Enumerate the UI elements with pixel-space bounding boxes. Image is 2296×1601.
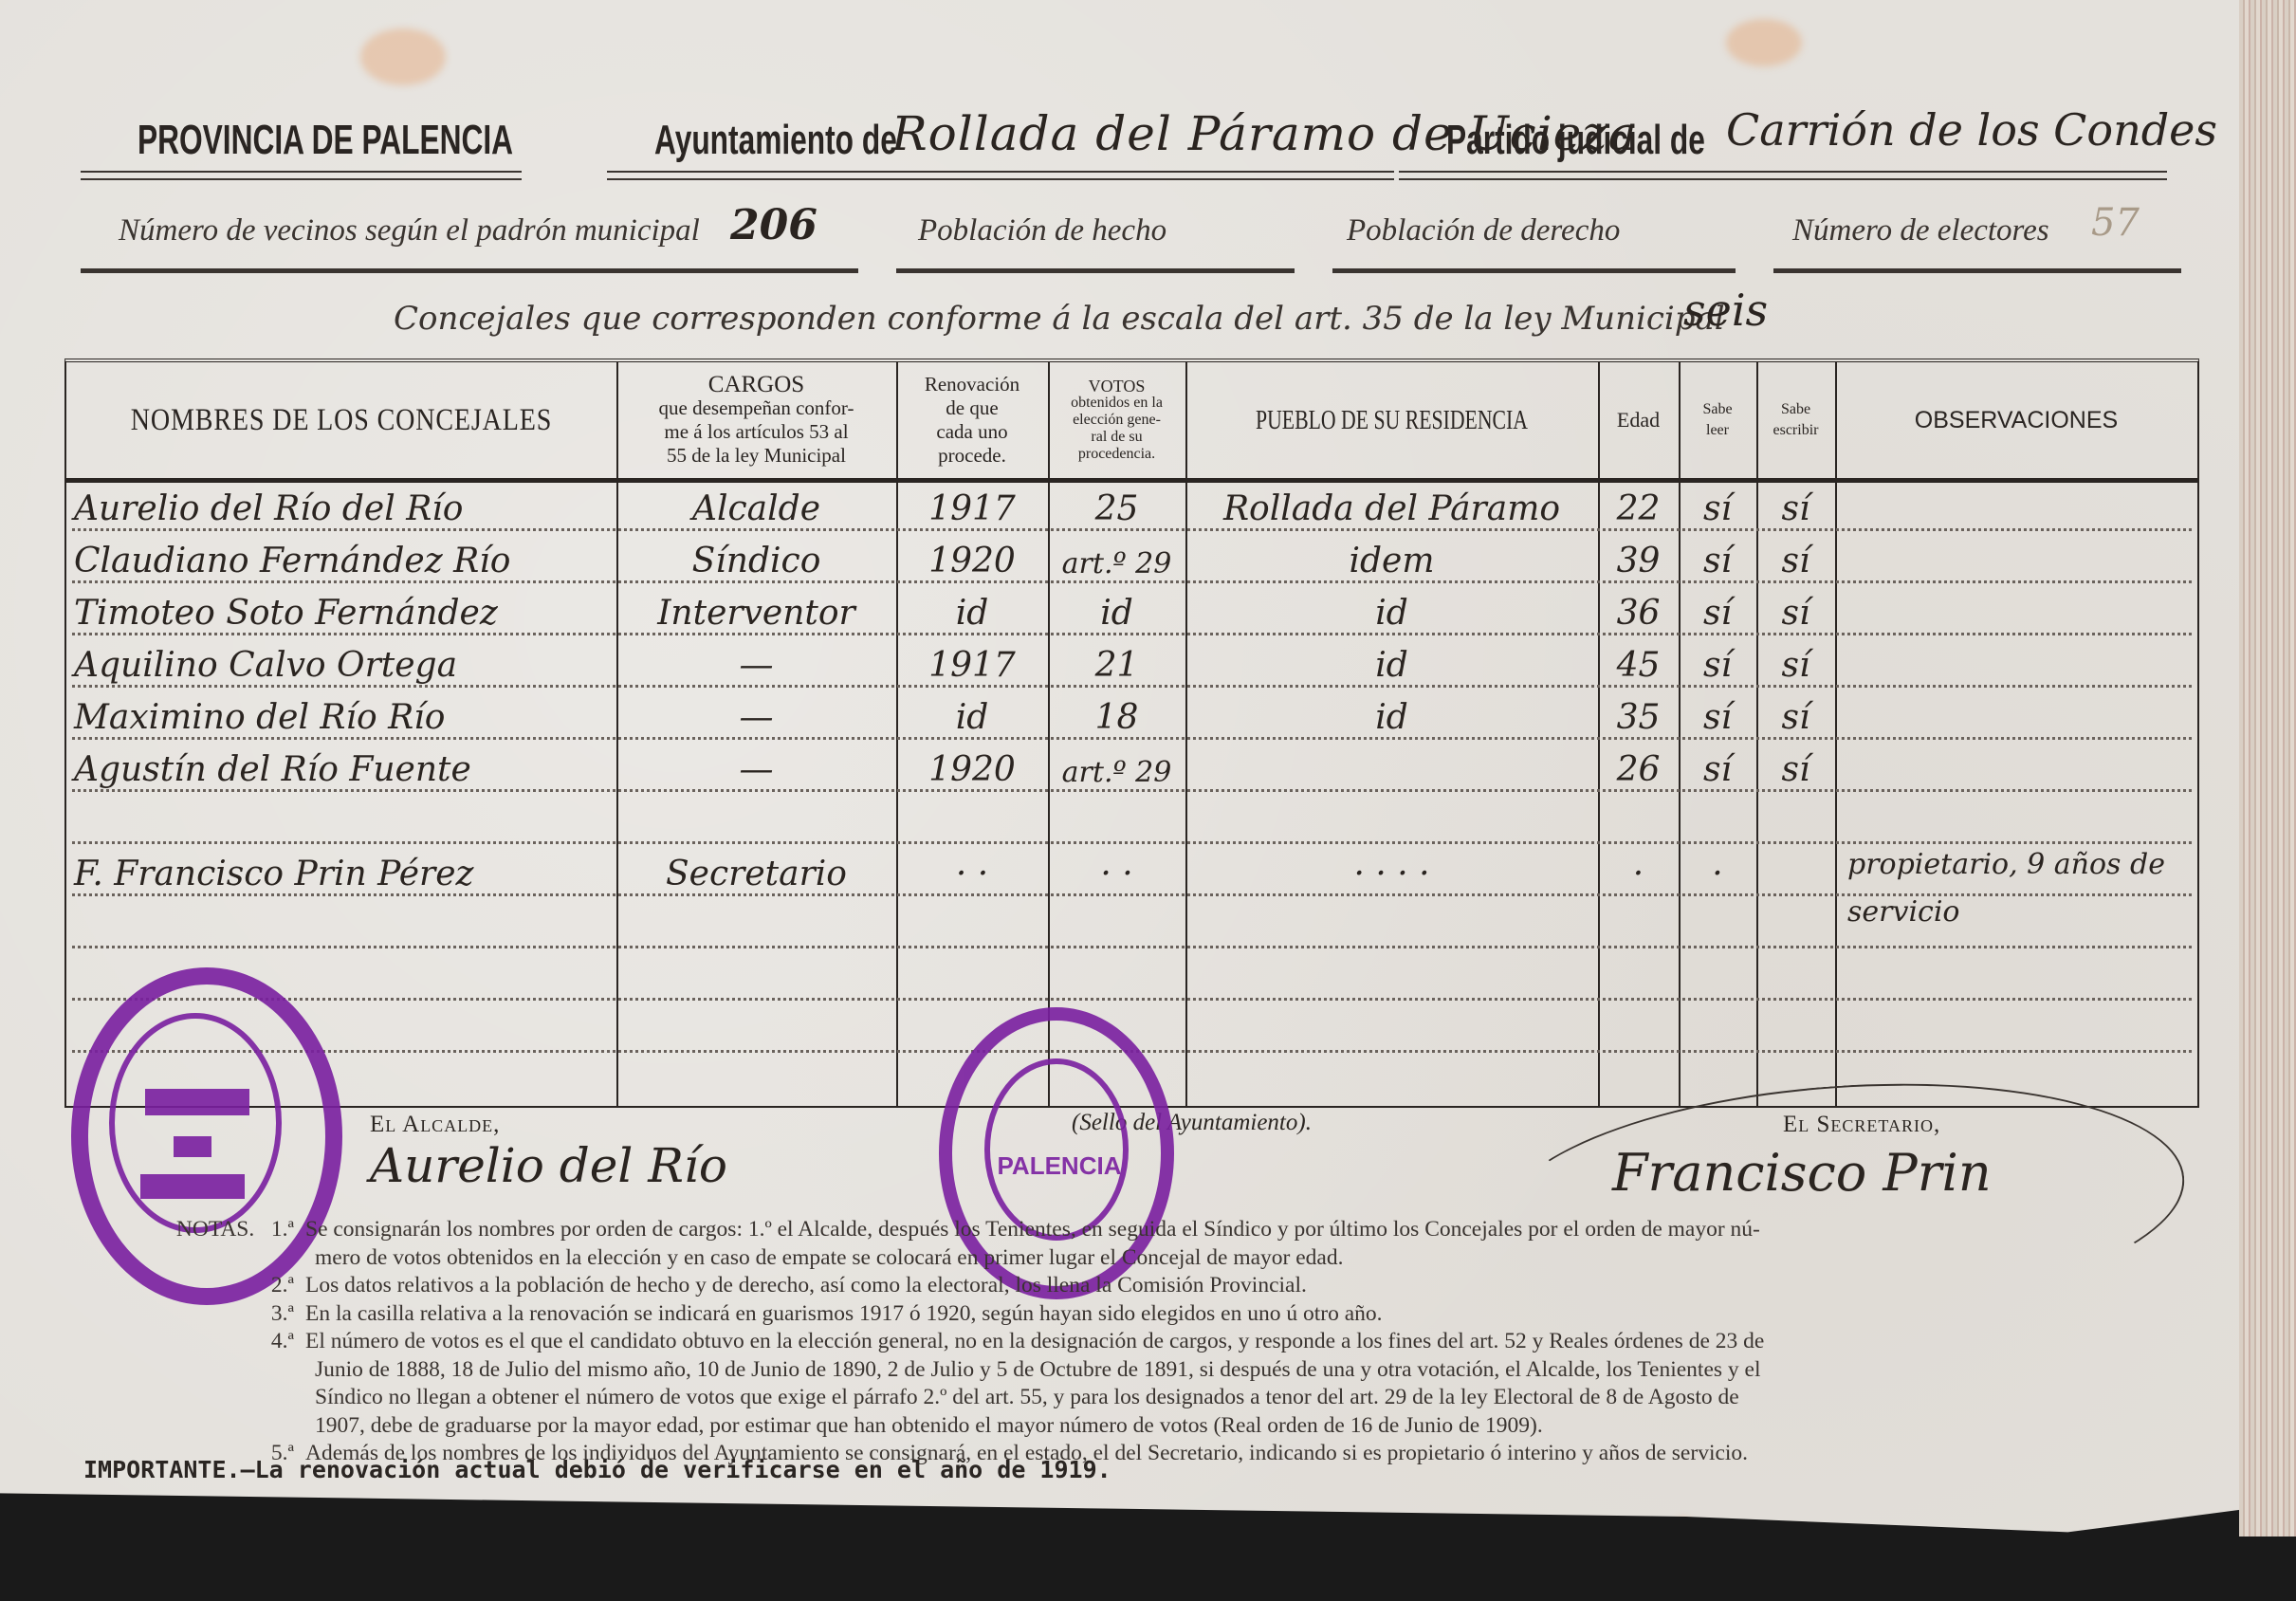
header-votos-line: obtenidos en la	[1071, 395, 1163, 412]
cell-escribir: sí	[1756, 637, 1835, 685]
note-line: El número de votos es el que el candidat…	[305, 1328, 1764, 1356]
cell-pueblo	[1185, 742, 1598, 789]
row-line	[72, 946, 2192, 948]
important-notice: IMPORTANTE.—La renovación actual debió d…	[83, 1456, 1111, 1483]
header-renov-line: de que	[946, 396, 998, 420]
header-nombres: NOMBRES DE LOS CONCEJALES	[108, 362, 576, 478]
note-num: 2.ª	[95, 1272, 305, 1300]
cell-leer: sí	[1679, 637, 1756, 685]
header-renov-line: cada uno	[936, 420, 1007, 444]
note-num: 3.ª	[95, 1300, 305, 1329]
note-4: 4.ªEl número de votos es el que el candi…	[95, 1328, 2200, 1356]
cell-renovacion: · ·	[896, 846, 1048, 893]
note-line: En la casilla relativa a la renovación s…	[305, 1300, 1383, 1329]
cell-pueblo: id	[1185, 690, 1598, 737]
cell-cargo: Interventor	[616, 585, 896, 633]
province-heading: PROVINCIA DE PALENCIA	[138, 117, 513, 164]
header-renovacion: Renovación de que cada uno procede.	[896, 362, 1048, 478]
book-page-edges	[2239, 0, 2296, 1537]
header-escribir-line: escribir	[1773, 420, 1819, 441]
concejales-table: NOMBRES DE LOS CONCEJALES CARGOS que des…	[64, 359, 2199, 1108]
cell-nombre: Agustín del Río Fuente	[66, 742, 619, 789]
divider	[81, 171, 522, 180]
rust-stain	[360, 28, 446, 85]
stamp-inner-ring	[109, 1013, 282, 1233]
alcalde-signature: Aurelio del Río	[370, 1138, 727, 1193]
cell-leer: sí	[1679, 481, 1756, 528]
note-1: NOTAS. 1.ª Se consignarán los nombres po…	[95, 1216, 2200, 1244]
cell-escribir: sí	[1756, 742, 1835, 789]
note-num: 1.ª	[271, 1217, 294, 1242]
cell-pueblo: · · · ·	[1185, 846, 1598, 893]
partido-label: Partido judicial de	[1446, 117, 1705, 164]
rust-stain	[536, 1518, 574, 1601]
note-line: 1907, debe de graduarse por la mayor eda…	[95, 1412, 2200, 1441]
header-leer-line: Sabe	[1702, 399, 1732, 420]
row-line	[72, 528, 2192, 531]
header-renov-line: Renovación	[925, 373, 1019, 396]
row-line	[72, 633, 2192, 635]
cell-observaciones: propietario, 9 años de servicio	[1840, 841, 2198, 946]
cell-edad: 35	[1598, 690, 1679, 737]
concejales-value: seis	[1683, 285, 1768, 336]
note-line: mero de votos obtenidos en la elección y…	[95, 1244, 2200, 1273]
header-edad: Edad	[1598, 362, 1679, 478]
electores-label: Número de electores	[1792, 213, 2049, 248]
cell-votos: 21	[1048, 637, 1185, 685]
cell-renovacion: 1920	[896, 533, 1048, 580]
row-line	[72, 998, 2192, 1001]
cell-pueblo: id	[1185, 585, 1598, 633]
header-cargos-line: me á los artículos 53 al	[664, 420, 848, 444]
notes-section: NOTAS. 1.ª Se consignarán los nombres po…	[95, 1216, 2200, 1468]
cell-leer: sí	[1679, 690, 1756, 737]
partido-value: Carrión de los Condes	[1726, 104, 2217, 156]
cell-nombre: F. Francisco Prin Pérez	[66, 846, 619, 893]
note-number: NOTAS. 1.ª	[95, 1216, 305, 1244]
header-votos: VOTOS obtenidos en la elección gene- ral…	[1048, 362, 1185, 478]
poblacion-derecho-label: Población de derecho	[1347, 213, 1620, 248]
row-line	[72, 580, 2192, 583]
header-sabe-leer: Sabe leer	[1679, 362, 1756, 478]
cell-edad: 39	[1598, 533, 1679, 580]
cell-cargo: —	[616, 742, 896, 789]
cell-pueblo: idem	[1185, 533, 1598, 580]
cell-cargo: Síndico	[616, 533, 896, 580]
cell-votos: 25	[1048, 481, 1185, 528]
electores-value: 57	[2091, 201, 2140, 245]
rust-stain	[1726, 19, 1802, 66]
cell-votos: art.º 29	[1048, 742, 1185, 789]
cell-escribir: sí	[1756, 585, 1835, 633]
header-sabe-escribir: Sabe escribir	[1756, 362, 1835, 478]
header-votos-line: ral de su	[1091, 429, 1142, 446]
stamp-bar	[140, 1174, 245, 1199]
vecinos-label: Número de vecinos según el padrón munici…	[119, 213, 700, 248]
cell-escribir: sí	[1756, 481, 1835, 528]
cell-renovacion: 1920	[896, 742, 1048, 789]
cell-pueblo: Rollada del Páramo	[1185, 481, 1598, 528]
divider	[1773, 268, 2181, 273]
note-line: Los datos relativos a la población de he…	[305, 1272, 1307, 1300]
cell-votos: 18	[1048, 690, 1185, 737]
note-line: Se consignarán los nombres por orden de …	[305, 1216, 1760, 1244]
alcalde-label: El Alcalde,	[370, 1112, 500, 1138]
header-escribir-line: Sabe	[1781, 399, 1810, 420]
cell-leer: sí	[1679, 742, 1756, 789]
cell-pueblo: id	[1185, 637, 1598, 685]
cell-edad: 26	[1598, 742, 1679, 789]
poblacion-hecho-label: Población de hecho	[918, 213, 1166, 248]
note-2: 2.ªLos datos relativos a la población de…	[95, 1272, 2200, 1300]
row-line	[72, 737, 2192, 740]
header-votos-line: elección gene-	[1073, 412, 1161, 429]
cell-votos: id	[1048, 585, 1185, 633]
note-num: 4.ª	[95, 1328, 305, 1356]
header-cargos-line: 55 de la ley Municipal	[667, 444, 846, 468]
divider	[81, 268, 858, 273]
note-3: 3.ªEn la casilla relativa a la renovació…	[95, 1300, 2200, 1329]
cell-leer: sí	[1679, 585, 1756, 633]
divider	[896, 268, 1295, 273]
header-votos-line: VOTOS	[1089, 377, 1146, 395]
cell-cargo: Alcalde	[616, 481, 896, 528]
cell-edad: ·	[1598, 846, 1679, 893]
concejales-label: Concejales que corresponden conforme á l…	[394, 300, 1725, 338]
cell-leer: ·	[1679, 846, 1756, 893]
cell-edad: 36	[1598, 585, 1679, 633]
header-cargos-line: que desempeñan confor-	[659, 396, 854, 420]
cell-nombre: Timoteo Soto Fernández	[66, 585, 619, 633]
divider	[607, 171, 1394, 180]
cell-renovacion: id	[896, 585, 1048, 633]
stamp-bar	[145, 1089, 249, 1115]
cell-nombre: Maximino del Río Río	[66, 690, 619, 737]
header-leer-line: leer	[1706, 420, 1729, 441]
cell-votos: · ·	[1048, 846, 1185, 893]
cell-nombre: Aquilino Calvo Ortega	[66, 637, 619, 685]
cell-escribir: sí	[1756, 533, 1835, 580]
rust-stain	[1669, 1518, 1698, 1593]
document-page: PROVINCIA DE PALENCIA Ayuntamiento de Ro…	[0, 0, 2248, 1555]
note-line: Junio de 1888, 18 de Julio del mismo año…	[95, 1356, 2200, 1385]
cell-renovacion: 1917	[896, 481, 1048, 528]
notes-label: NOTAS.	[176, 1217, 254, 1242]
vecinos-value: 206	[730, 201, 817, 249]
stamp-bar	[174, 1136, 211, 1157]
cell-edad: 45	[1598, 637, 1679, 685]
row-line	[72, 789, 2192, 792]
divider	[1332, 268, 1736, 273]
cell-nombre: Claudiano Fernández Río	[66, 533, 619, 580]
cell-edad: 22	[1598, 481, 1679, 528]
header-pueblo: PUEBLO DE SU RESIDENCIA	[1237, 362, 1546, 478]
cell-leer: sí	[1679, 533, 1756, 580]
cell-cargo: —	[616, 690, 896, 737]
header-votos-line: procedencia.	[1078, 446, 1155, 463]
stamp-inner-ring	[984, 1058, 1129, 1241]
cell-renovacion: 1917	[896, 637, 1048, 685]
cell-cargo: Secretario	[616, 846, 896, 893]
row-line	[72, 685, 2192, 688]
stamp-city: PALENCIA	[988, 1151, 1130, 1181]
header-cargos: CARGOS que desempeñan confor- me á los a…	[616, 362, 896, 478]
ayuntamiento-label: Ayuntamiento de	[654, 117, 897, 164]
header-observaciones: OBSERVACIONES	[1835, 362, 2197, 478]
header-renov-line: procede.	[938, 444, 1006, 468]
cell-nombre: Aurelio del Río del Río	[66, 481, 619, 528]
header-cargos-title: CARGOS	[708, 373, 804, 396]
cell-renovacion: id	[896, 690, 1048, 737]
cell-votos: art.º 29	[1048, 533, 1185, 580]
divider	[1399, 171, 2167, 180]
cell-escribir: sí	[1756, 690, 1835, 737]
note-line: Síndico no llegan a obtener el número de…	[95, 1384, 2200, 1412]
cell-cargo: —	[616, 637, 896, 685]
